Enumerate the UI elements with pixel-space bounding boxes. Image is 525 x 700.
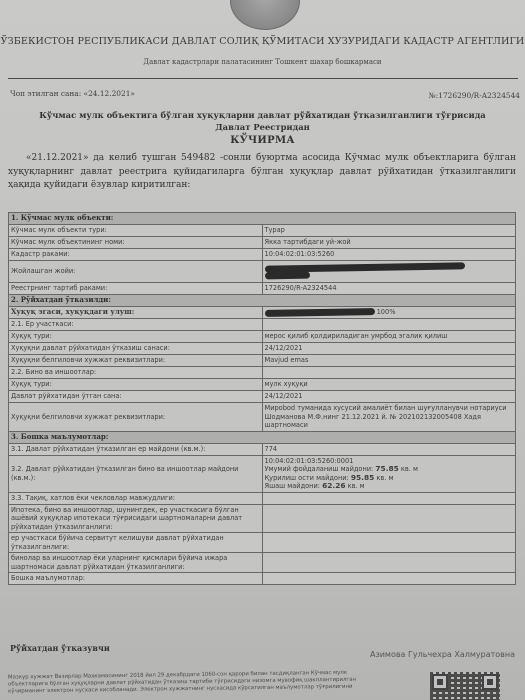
registry-table: 1. Кўчмас мулк объекти: Кўчмас мулк объе…	[8, 212, 516, 585]
document-title-line2: Давлат Реестридан	[0, 122, 525, 132]
row-value: Турар	[262, 225, 516, 237]
total-area: Умумий фойдаланиш майдони: 75.85 кв. м	[265, 465, 514, 474]
section-3-title: 3. Бошка маълумотлар:	[9, 431, 516, 443]
qr-finder-pattern	[432, 674, 448, 690]
row-value: Мирobod туманида хусусий амалиёт билан ш…	[262, 403, 516, 432]
document-title-main: КЎЧИРМА	[0, 135, 525, 146]
intro-paragraph: «21.12.2021» да келиб тушган 549482 -сон…	[8, 152, 516, 193]
row-label: Хуқуқни белгиловчи хужжат реквизитлари:	[9, 403, 263, 432]
state-emblem-icon	[230, 0, 300, 30]
row-label: бинолар ва иншоотлар ёки уларнинг қисмла…	[9, 553, 263, 573]
land-area-label: 3.1. Давлат рўйхатидан ўтказилган ер май…	[9, 443, 263, 455]
qr-finder-pattern	[482, 674, 498, 690]
row-value	[262, 553, 516, 573]
building-area-label: 3.2. Давлат рўйхатидан ўтказилган бино в…	[9, 455, 263, 492]
row-value: мерос қилиб қолдириладиган умрбод эгалик…	[262, 331, 516, 343]
row-value: Mavjud emas	[262, 355, 516, 367]
row-label: Бошка маълумотлар:	[9, 573, 263, 585]
redaction-mark	[264, 272, 309, 280]
land-area-value: 774	[262, 443, 516, 455]
redaction-mark	[264, 262, 464, 272]
owner-share: 100%	[377, 308, 396, 316]
row-label: Хуқуқ тури:	[9, 331, 263, 343]
row-label: Хуқуқни давлат рўйхатидан ўтказиш санаси…	[9, 343, 263, 355]
row-label: Хуқуқ тури:	[9, 379, 263, 391]
row-value: Якка тартибдаги уй-жой	[262, 237, 516, 249]
row-value: мулк хуқуқи	[262, 379, 516, 391]
row-value: 10:04:02:01:03:5260	[262, 249, 516, 261]
building-area-value: 10:04:02:01:03:5260:0001 Умумий фойдалан…	[262, 455, 516, 492]
row-label: Давлат рўйхатидан ўтган сана:	[9, 391, 263, 403]
branch-name: Давлат кадастрлари палатасининг Тошкент …	[0, 58, 525, 66]
row-label: Кўчмас мулк объекти тури:	[9, 225, 263, 237]
living-area: Яшаш майдони: 62.26 кв. м	[265, 482, 514, 491]
registrar-label: Рўйхатдан ўтказувчи	[10, 643, 110, 653]
document-title-line1: Кўчмас мулк объектига бўлган хуқуқларни …	[0, 110, 525, 120]
row-label: Хуқуқни белгиловчи хужжат реквизитлари:	[9, 355, 263, 367]
agency-name: ЎЗБЕКИСТОН РЕСПУБЛИКАСИ ДАВЛАТ СОЛИҚ ҚЎМ…	[0, 36, 525, 47]
cadastre-extract-document: ЎЗБЕКИСТОН РЕСПУБЛИКАСИ ДАВЛАТ СОЛИҚ ҚЎМ…	[0, 0, 525, 700]
redaction-mark	[264, 308, 374, 317]
document-number: №:1726290/R-A2324544	[429, 91, 520, 100]
built-area: Қурилиш ости майдони: 95.85 кв. м	[265, 474, 514, 483]
registrar-name: Азимова Гульчехра Халмуратовна	[370, 650, 515, 659]
row-value: 24/12/2021	[262, 343, 516, 355]
row-label: Кўчмас мулк объектининг номи:	[9, 237, 263, 249]
row-value	[262, 533, 516, 553]
building-subsection-title: 2.2. Бино ва иншоотлар:	[9, 367, 263, 379]
address-value-redacted	[262, 261, 516, 283]
row-value: 24/12/2021	[262, 391, 516, 403]
row-value	[262, 573, 516, 585]
row-value: 1726290/R-A2324544	[262, 283, 516, 295]
row-label: Ипотека, бино ва иншоотлар, шунингдек, е…	[9, 504, 263, 533]
restrictions-label: 3.3. Тақиқ, хатлов ёки чекловлар мавжудл…	[9, 492, 263, 504]
row-value	[262, 504, 516, 533]
footer-legal-note: Мазкур хужжат Вазирлар Маҳкамасининг 201…	[8, 669, 376, 695]
land-subsection-title: 2.1. Ер участкаси:	[9, 319, 263, 331]
section-1-title: 1. Кўчмас мулк объекти:	[9, 213, 516, 225]
owner-label: Хуқуқ эгаси, хуқуқдаги улуш:	[9, 307, 263, 319]
row-label: Кадастр раками:	[9, 249, 263, 261]
row-label: Жойлашган жойи:	[9, 261, 263, 283]
header-divider	[8, 78, 518, 79]
qr-code-icon[interactable]	[430, 672, 500, 700]
section-2-title: 2. Рўйхатдан ўтказилди:	[9, 295, 516, 307]
row-label: Реестрнинг тартиб раками:	[9, 283, 263, 295]
print-date: Чоп этилган сана: «24.12.2021»	[10, 89, 135, 98]
owner-value: 100%	[262, 307, 516, 319]
row-label: ер участкаси бўйича сервитут келишуви да…	[9, 533, 263, 553]
